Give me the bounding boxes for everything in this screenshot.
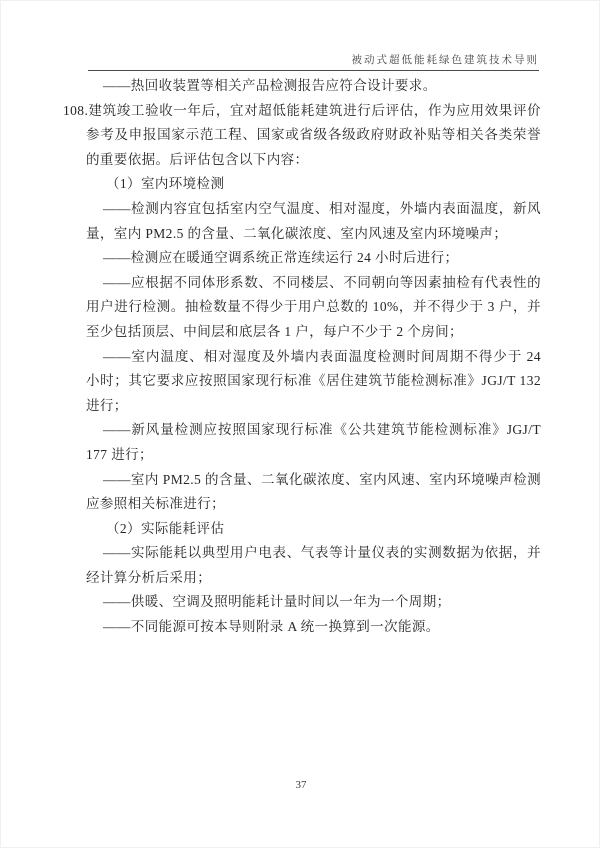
paragraph-dash: ——检测内容宜包括室内空气温度、相对湿度，外墙内表面温度，新风量，室内 PM2.…	[86, 197, 541, 246]
document-body: ——热回收装置等相关产品检测报告应符合设计要求。108.建筑竣工验收一年后，宜对…	[86, 74, 541, 640]
document-page: 被动式超低能耗绿色建筑技术导则 ——热回收装置等相关产品检测报告应符合设计要求。…	[0, 0, 600, 848]
header-rule	[88, 70, 539, 71]
paragraph-subheading: （1）室内环境检测	[86, 172, 541, 197]
paragraph-subheading: （2）实际能耗评估	[86, 517, 541, 542]
page-footer: 37	[1, 779, 600, 791]
paragraph-dash: ——新风量检测应按照国家现行标准《公共建筑节能检测标准》JGJ/T 177 进行…	[86, 418, 541, 467]
paragraph-dash: ——不同能源可按本导则附录 A 统一换算到一次能源。	[86, 615, 541, 640]
running-head-title: 被动式超低能耗绿色建筑技术导则	[352, 52, 540, 67]
paragraph-dash: ——室内 PM2.5 的含量、二氧化碳浓度、室内风速、室内环境噪声检测应参照相关…	[86, 468, 541, 517]
paragraph-dash: ——实际能耗以典型用户电表、气表等计量仪表的实测数据为依据，并经计算分析后采用；	[86, 541, 541, 590]
paragraph-dash: ——检测应在暖通空调系统正常连续运行 24 小时后进行；	[86, 246, 541, 271]
paragraph-dash: ——应根据不同体形系数、不同楼层、不同朝向等因素抽检有代表性的用户进行检测。抽检…	[86, 271, 541, 345]
paragraph-numbered: 108.建筑竣工验收一年后，宜对超低能耗建筑进行后评估，作为应用效果评价参考及申…	[86, 99, 541, 173]
page-number: 37	[296, 779, 307, 791]
paragraph-dash: ——室内温度、相对湿度及外墙内表面温度检测时间周期不得少于 24 小时；其它要求…	[86, 345, 541, 419]
paragraph-dash: ——热回收装置等相关产品检测报告应符合设计要求。	[86, 74, 541, 99]
paragraph-dash: ——供暖、空调及照明能耗计量时间以一年为一个周期；	[86, 590, 541, 615]
